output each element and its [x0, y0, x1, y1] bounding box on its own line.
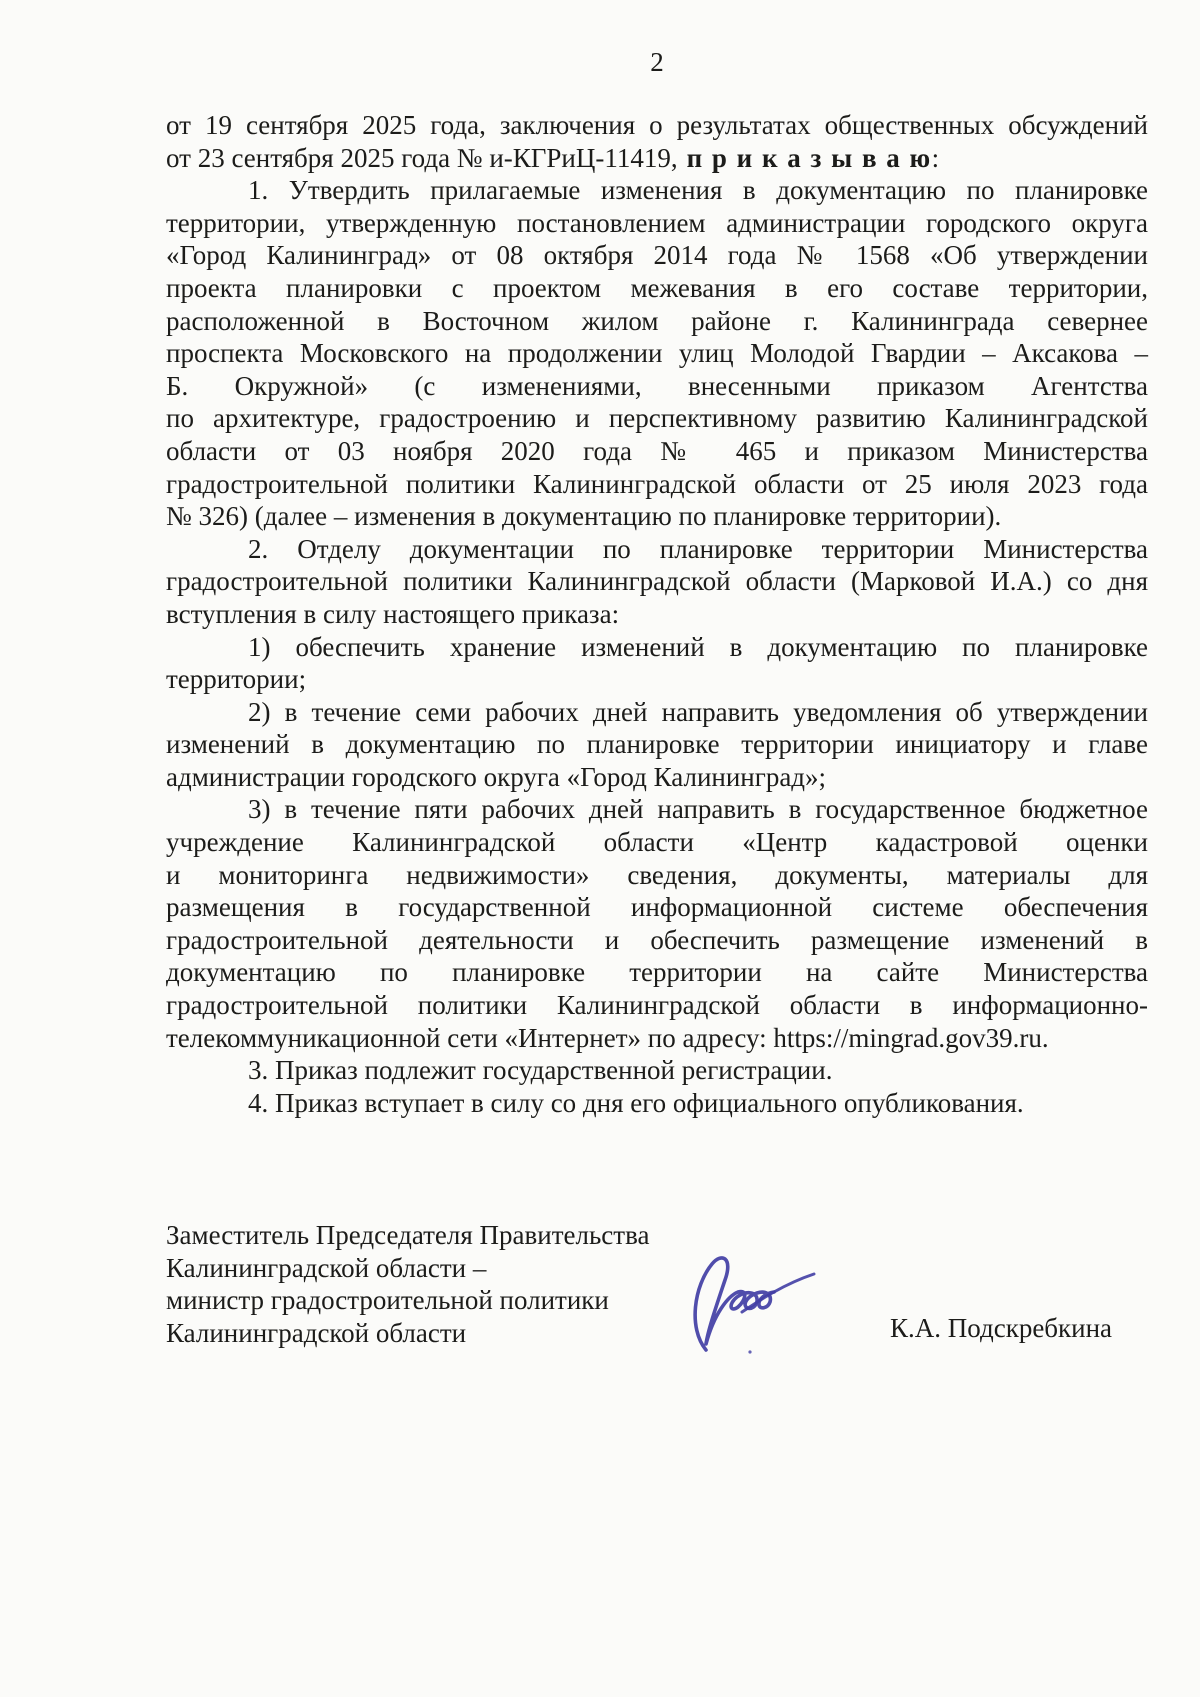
text-line: градостроительной политики Калининградск… [166, 468, 1148, 501]
text-line: учреждение Калининградской области «Цент… [166, 826, 1148, 859]
text-line: территории, утвержденную постановлением … [166, 207, 1148, 240]
text-line: градостроительной деятельности и обеспеч… [166, 924, 1148, 957]
signatory-title-line: Калининградской области [166, 1317, 726, 1350]
signatory-title-line: Заместитель Председателя Правительства [166, 1219, 726, 1252]
text-line: 2. Отделу документации по планировке тер… [166, 533, 1148, 566]
document-page: 2 от 19 сентября 2025 года, заключения о… [0, 0, 1200, 1697]
document-body: от 19 сентября 2025 года, заключения о р… [166, 109, 1148, 1119]
text-line-website-url: телекоммуникационной сети «Интернет» по … [166, 1022, 1148, 1055]
text-line: 4. Приказ вступает в силу со дня его офи… [166, 1087, 1148, 1120]
text-line: № 326) (далее – изменения в документацию… [166, 500, 1148, 533]
text-line: документацию по планировке территории на… [166, 956, 1148, 989]
page-number: 2 [166, 46, 1148, 78]
text-line: градостроительной политики Калининградск… [166, 565, 1148, 598]
text-line: администрации городского округа «Город К… [166, 761, 1148, 794]
decree-keyword-colon: : [932, 143, 940, 173]
text-line: 3. Приказ подлежит государственной регис… [166, 1054, 1148, 1087]
text-line: вступления в силу настоящего приказа: [166, 598, 1148, 631]
text-line: проспекта Московского на продолжении ули… [166, 337, 1148, 370]
text-line: 2) в течение семи рабочих дней направить… [166, 696, 1148, 729]
decree-keyword: п р и к а з ы в а ю [687, 143, 932, 173]
signature-stroke-main [695, 1258, 774, 1350]
text-line: 1) обеспечить хранение изменений в докум… [166, 631, 1148, 664]
signatory-title-line: Калининградской области – [166, 1252, 726, 1285]
text-line: по архитектуре, градостроению и перспект… [166, 402, 1148, 435]
text-line: и мониторинга недвижимости» сведения, до… [166, 859, 1148, 892]
signature-ink-dot [748, 1350, 751, 1353]
text-line: расположенной в Восточном жилом районе г… [166, 305, 1148, 338]
signer-name: К.А. Подскребкина [890, 1312, 1112, 1345]
text-line: Б. Окружной» (с изменениями, внесенными … [166, 370, 1148, 403]
text-line: от 19 сентября 2025 года, заключения о р… [166, 109, 1148, 142]
text-line: 3) в течение пяти рабочих дней направить… [166, 793, 1148, 826]
handwritten-signature [678, 1250, 828, 1358]
text-line: территории; [166, 663, 1148, 696]
signatory-title-line: министр градостроительной политики [166, 1284, 726, 1317]
text-line-order-command: от 23 сентября 2025 года № и-КГРиЦ-11419… [166, 142, 1148, 175]
text-line: изменений в документацию по планировке т… [166, 728, 1148, 761]
order-reference-text: от 23 сентября 2025 года № и-КГРиЦ-11419… [166, 143, 678, 173]
text-line: области от 03 ноября 2020 года № 465 и п… [166, 435, 1148, 468]
text-line: градостроительной политики Калининградск… [166, 989, 1148, 1022]
text-line: размещения в государственной информацион… [166, 891, 1148, 924]
text-line: «Город Калининград» от 08 октября 2014 г… [166, 239, 1148, 272]
text-line: проекта планировки с проектом межевания … [166, 272, 1148, 305]
text-line: 1. Утвердить прилагаемые изменения в док… [166, 174, 1148, 207]
signatory-title: Заместитель Председателя Правительства К… [166, 1219, 726, 1349]
